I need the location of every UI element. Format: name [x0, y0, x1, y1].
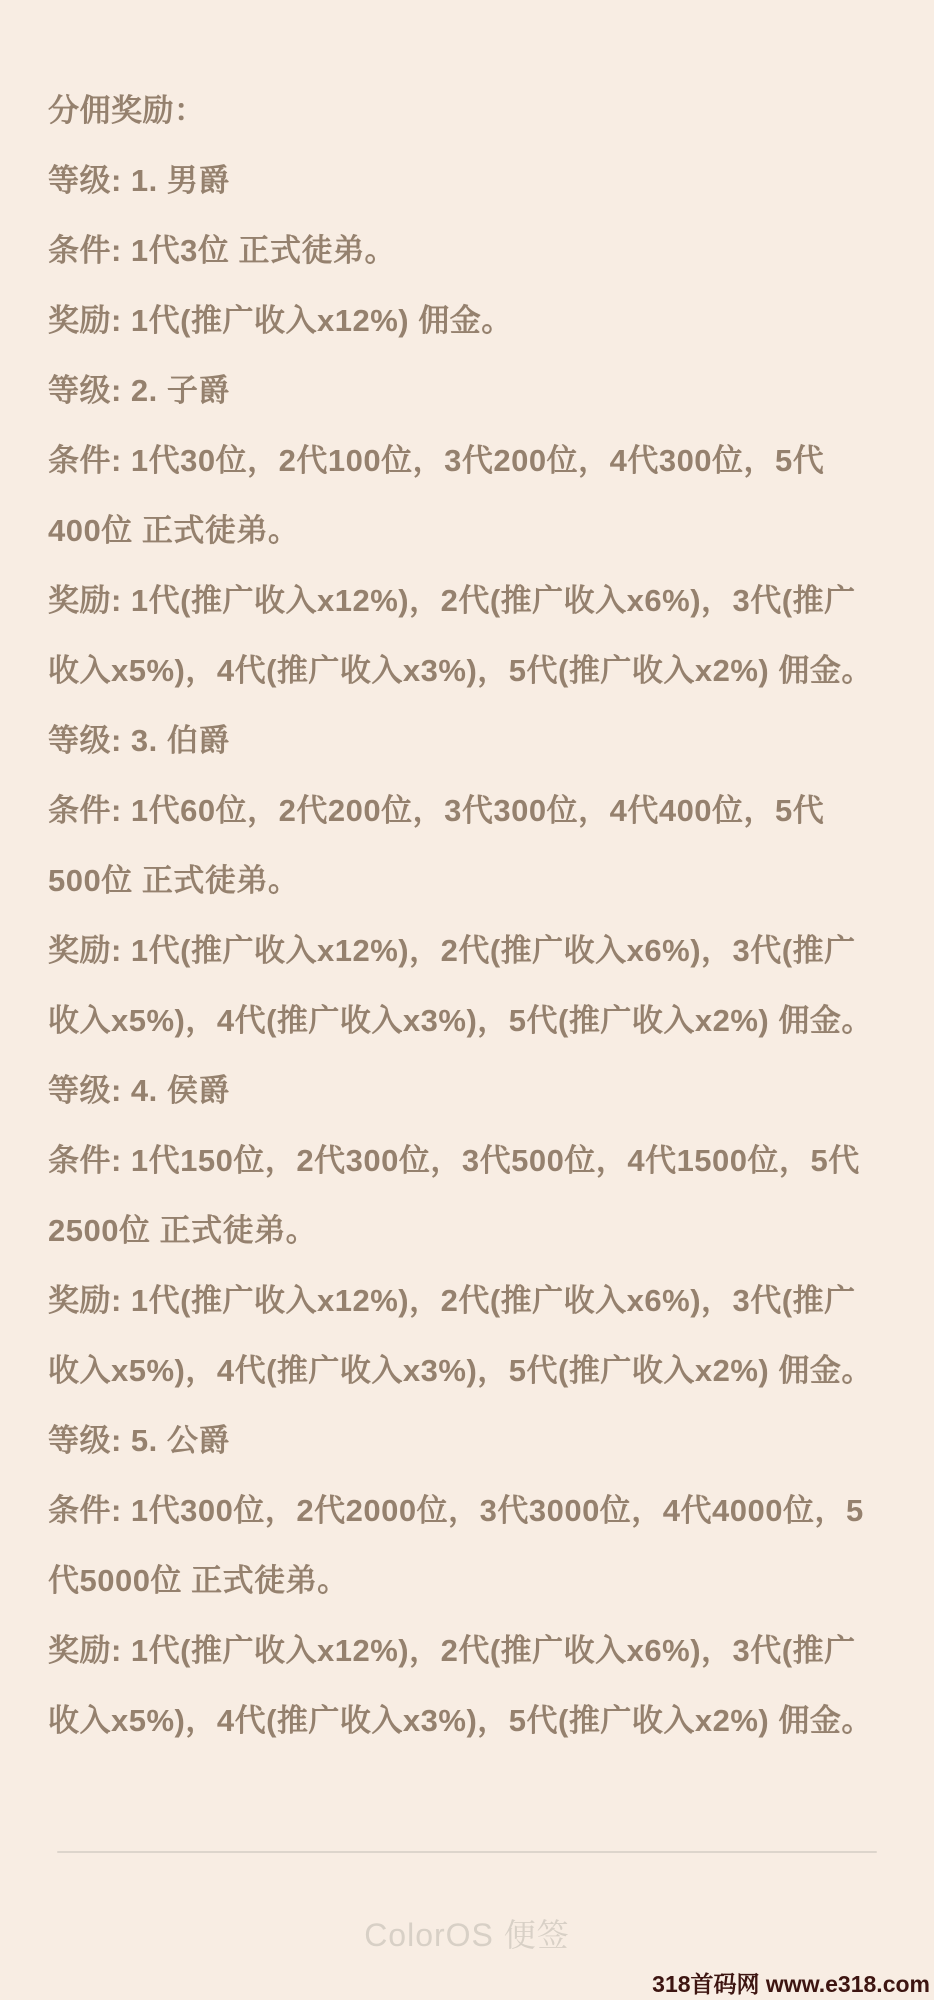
note-line: 收入x5%)，4代(推广收入x3%)，5代(推广收入x2%) 佣金。: [48, 986, 904, 1056]
note-line: 等级: 3. 伯爵: [48, 706, 904, 776]
note-line: 代5000位 正式徒弟。: [48, 1546, 904, 1616]
note-line: 条件: 1代60位，2代200位，3代300位，4代400位，5代: [48, 776, 904, 846]
coloros-notes-watermark: ColorOS 便签: [0, 1910, 934, 1956]
note-line: 奖励: 1代(推广收入x12%)，2代(推广收入x6%)，3代(推广: [48, 566, 904, 636]
note-line: 条件: 1代30位，2代100位，3代200位，4代300位，5代: [48, 426, 904, 496]
note-line: 2500位 正式徒弟。: [48, 1196, 904, 1266]
note-page: 分佣奖励：等级: 1. 男爵条件: 1代3位 正式徒弟。奖励: 1代(推广收入x…: [0, 0, 934, 2000]
note-text: 分佣奖励：等级: 1. 男爵条件: 1代3位 正式徒弟。奖励: 1代(推广收入x…: [48, 76, 904, 1756]
note-line: 奖励: 1代(推广收入x12%)，2代(推广收入x6%)，3代(推广: [48, 1616, 904, 1686]
note-title-line: 分佣奖励：: [48, 76, 904, 146]
note-line: 等级: 4. 侯爵: [48, 1056, 904, 1126]
note-line: 条件: 1代300位，2代2000位，3代3000位，4代4000位，5: [48, 1476, 904, 1546]
note-line: 条件: 1代150位，2代300位，3代500位，4代1500位，5代: [48, 1126, 904, 1196]
note-line: 400位 正式徒弟。: [48, 496, 904, 566]
note-line: 奖励: 1代(推广收入x12%)，2代(推广收入x6%)，3代(推广: [48, 1266, 904, 1336]
note-line: 奖励: 1代(推广收入x12%)，2代(推广收入x6%)，3代(推广: [48, 916, 904, 986]
note-line: 收入x5%)，4代(推广收入x3%)，5代(推广收入x2%) 佣金。: [48, 636, 904, 706]
note-line: 奖励: 1代(推广收入x12%) 佣金。: [48, 286, 904, 356]
divider: [57, 1851, 877, 1853]
note-line: 等级: 1. 男爵: [48, 146, 904, 216]
note-line: 等级: 2. 子爵: [48, 356, 904, 426]
note-line: 等级: 5. 公爵: [48, 1406, 904, 1476]
note-line: 500位 正式徒弟。: [48, 846, 904, 916]
note-line: 条件: 1代3位 正式徒弟。: [48, 216, 904, 286]
note-line: 收入x5%)，4代(推广收入x3%)，5代(推广收入x2%) 佣金。: [48, 1686, 904, 1756]
note-line: 收入x5%)，4代(推广收入x3%)，5代(推广收入x2%) 佣金。: [48, 1336, 904, 1406]
site-credit-text: 318首码网 www.e318.com: [652, 1966, 930, 1999]
